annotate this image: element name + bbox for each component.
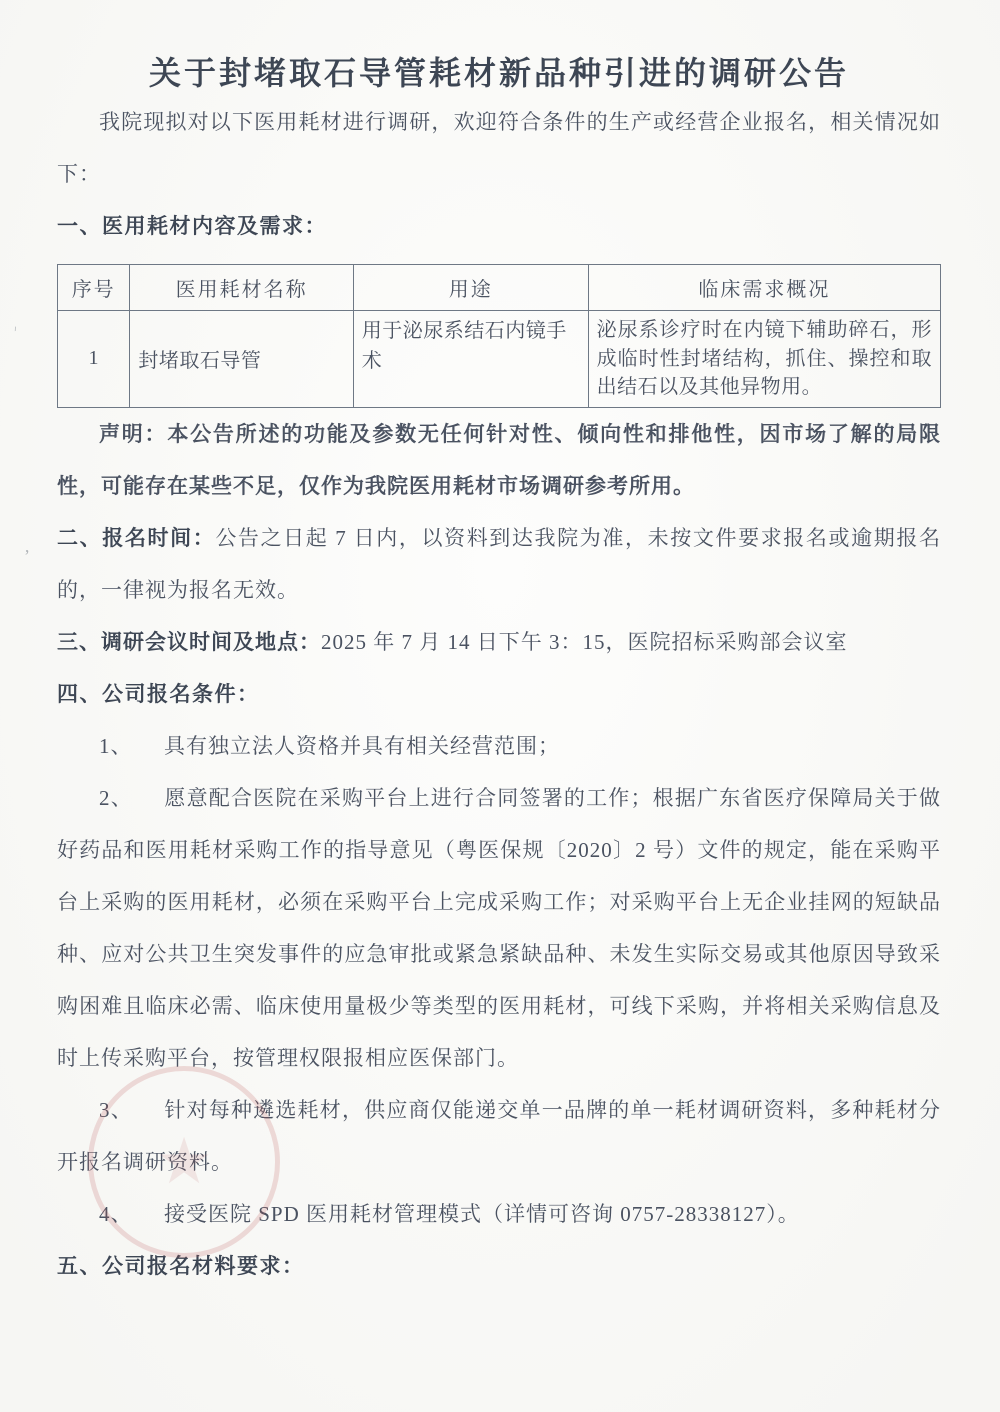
header-seq: 序号 (58, 265, 130, 311)
page-title: 关于封堵取石导管耗材新品种引进的调研公告 (57, 50, 941, 96)
section3-paragraph: 三、调研会议时间及地点：2025 年 7 月 14 日下午 3：15，医院招标采… (57, 616, 941, 668)
condition-item-1: 1、具有独立法人资格并具有相关经营范围； (57, 720, 941, 772)
scan-artifact: ’ (24, 546, 30, 567)
consumables-table: 序号 医用耗材名称 用途 临床需求概况 1 封堵取石导管 用于泌尿系结石内镜手术… (57, 264, 941, 408)
section2-paragraph: 二、报名时间：公告之日起 7 日内，以资料到达我院为准，未按文件要求报名或逾期报… (57, 512, 941, 616)
condition-item-3: 3、针对每种遴选耗材，供应商仅能递交单一品牌的单一耗材调研资料，多种耗材分开报名… (57, 1084, 941, 1188)
item-text: 接受医院 SPD 医用耗材管理模式（详情可咨询 0757-28338127）。 (164, 1202, 800, 1226)
item-text: 愿意配合医院在采购平台上进行合同签署的工作；根据广东省医疗保障局关于做好药品和医… (57, 786, 941, 1070)
condition-item-4: 4、接受医院 SPD 医用耗材管理模式（详情可咨询 0757-28338127）… (57, 1188, 941, 1240)
section2-label: 二、报名时间： (57, 526, 215, 550)
item-number: 3、 (99, 1098, 133, 1122)
table-header-row: 序号 医用耗材名称 用途 临床需求概况 (58, 265, 941, 311)
item-number: 1、 (99, 734, 133, 758)
document-page: 关于封堵取石导管耗材新品种引进的调研公告 我院现拟对以下医用耗材进行调研，欢迎符… (0, 0, 1000, 1412)
statement-paragraph: 声明：本公告所述的功能及参数无任何针对性、倾向性和排他性，因市场了解的局限性，可… (57, 408, 941, 512)
table-row: 1 封堵取石导管 用于泌尿系结石内镜手术 泌尿系诊疗时在内镜下辅助碎石，形成临时… (58, 311, 941, 408)
cell-use: 用于泌尿系结石内镜手术 (353, 311, 588, 408)
section1-heading: 一、医用耗材内容及需求： (57, 200, 941, 252)
header-name: 医用耗材名称 (130, 265, 353, 311)
item-text: 针对每种遴选耗材，供应商仅能递交单一品牌的单一耗材调研资料，多种耗材分开报名调研… (57, 1098, 941, 1174)
section4-heading: 四、公司报名条件： (57, 668, 941, 720)
section5-heading: 五、公司报名材料要求： (57, 1240, 941, 1292)
scan-artifact: ៸ (11, 318, 19, 335)
item-number: 2、 (99, 786, 133, 810)
intro-paragraph: 我院现拟对以下医用耗材进行调研，欢迎符合条件的生产或经营企业报名，相关情况如下： (57, 96, 941, 200)
cell-clinical: 泌尿系诊疗时在内镜下辅助碎石，形成临时性封堵结构，抓住、操控和取出结石以及其他异… (588, 311, 940, 408)
cell-name: 封堵取石导管 (130, 311, 353, 408)
cell-seq: 1 (58, 311, 130, 408)
header-use: 用途 (353, 265, 588, 311)
header-clinical: 临床需求概况 (588, 265, 940, 311)
item-text: 具有独立法人资格并具有相关经营范围； (164, 734, 560, 758)
item-number: 4、 (99, 1202, 133, 1226)
condition-item-2: 2、愿意配合医院在采购平台上进行合同签署的工作；根据广东省医疗保障局关于做好药品… (57, 772, 941, 1084)
section3-label: 三、调研会议时间及地点： (57, 630, 321, 654)
section3-text: 2025 年 7 月 14 日下午 3：15，医院招标采购部会议室 (321, 630, 848, 654)
